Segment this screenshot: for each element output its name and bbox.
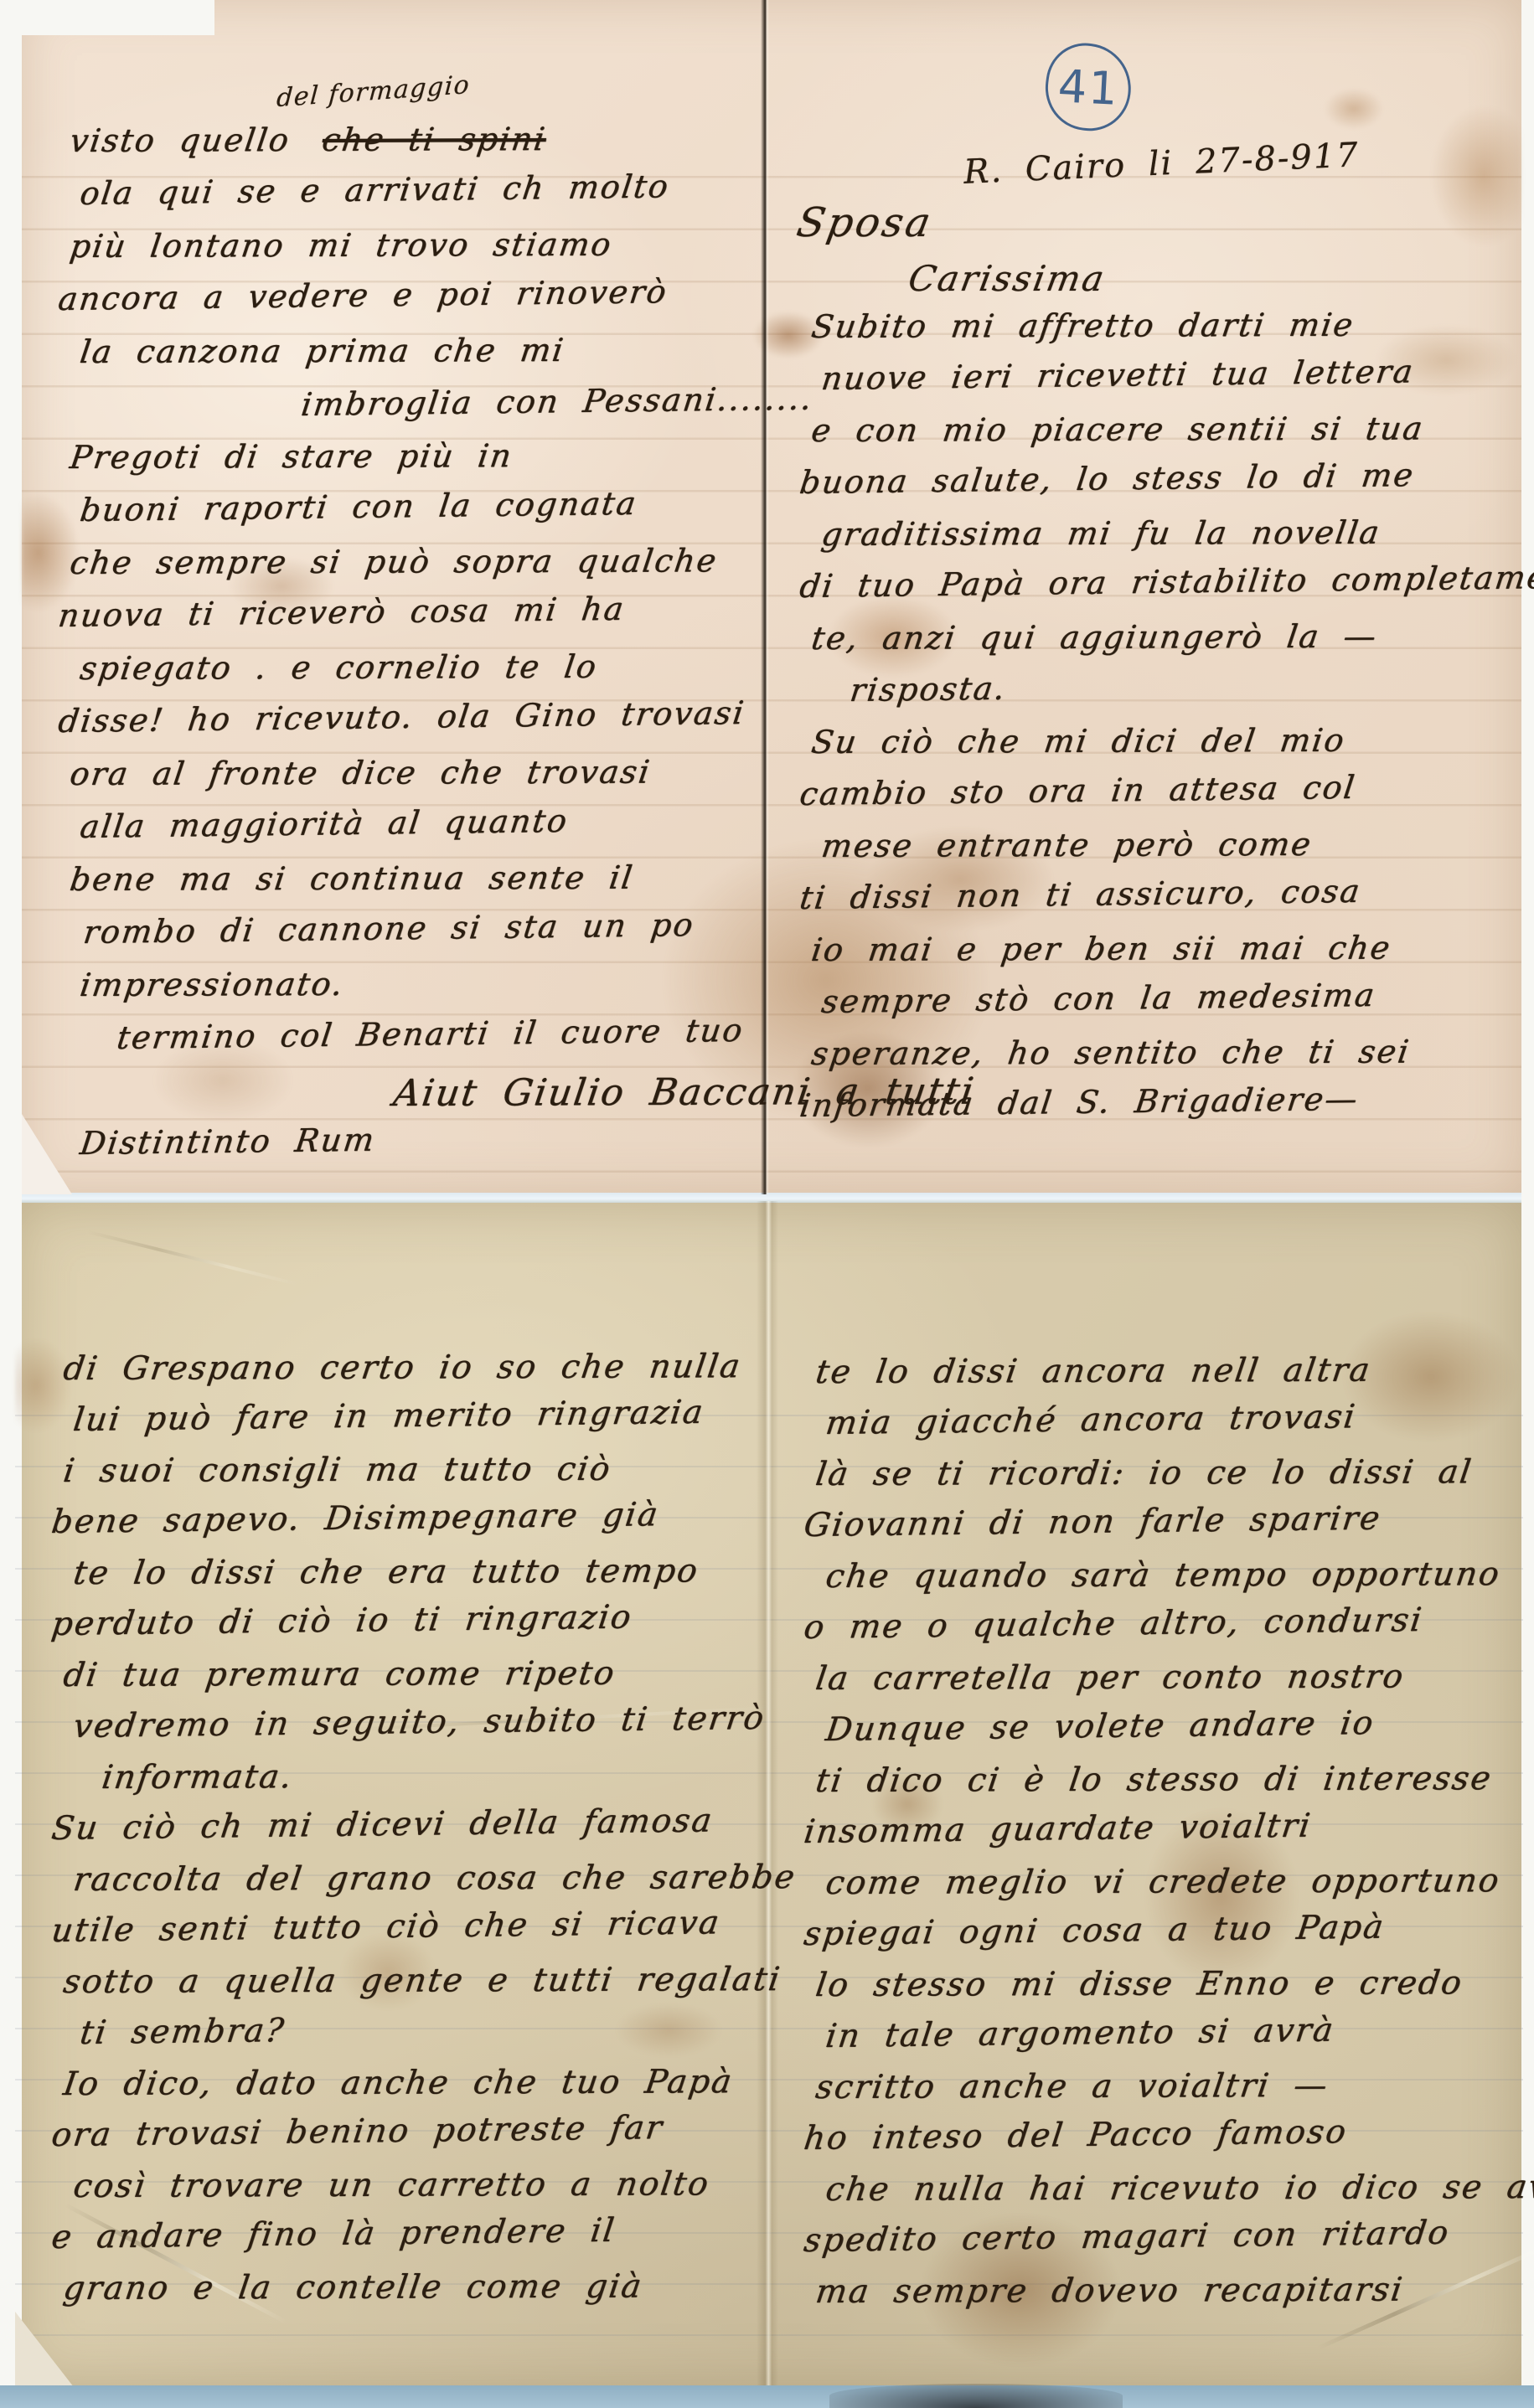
handwritten-line: o me o qualche altro, condursi [804,1601,1517,1660]
handwritten-line: Pregoti di stare più in [70,436,762,492]
handwritten-text: là se ti ricordi: io ce lo dissi al [813,1453,1475,1493]
struck-out-text: che ti spini [319,121,548,158]
handwritten-line: lo stesso mi disse Enno e credo [816,1964,1516,2018]
page-number-text: 41 [1056,59,1120,116]
handwritten-text: lui può fare in merito ringrazia [71,1394,706,1439]
handwritten-line: di tua premura come ripeto [64,1654,764,1708]
handwritten-text: ora trovasi benino potreste far [49,2109,666,2154]
handwritten-text: informata dal S. Brigadiere— [798,1080,1361,1124]
handwritten-line: spiegato . e cornelio te lo [80,647,762,703]
handwritten-line: ti dissi non ti assicuro, cosa [800,871,1505,931]
top-left-page-text: visto quello che ti spini ola qui se e a… [59,122,762,1178]
handwritten-line: sotto a quella gente e tutti regalati [64,1961,764,2014]
handwritten-text: ti dissi non ti assicuro, cosa [798,873,1363,916]
handwritten-line: risposta. [850,663,1505,724]
handwritten-line: nuova ti riceverò cosa mi ha [59,589,763,650]
handwritten-text: spiegai ogni cosa a tuo Papà [802,1908,1387,1953]
handwritten-line: ho inteso del Pacco famoso [804,2112,1517,2171]
scanner-shadow-blob [829,2384,1123,2408]
handwritten-text: di Grespano certo io so che nulla [61,1348,744,1388]
handwritten-line: termino col Benarti il cuore tuo [117,1012,763,1072]
handwritten-text: ho inteso del Pacco famoso [802,2113,1350,2158]
handwritten-line: te lo dissi ancora nell altra [816,1351,1516,1405]
handwritten-line: imbroglia con Pessani........ [302,380,763,439]
handwritten-text: ancora a vedere e poi rinoverò [56,273,670,317]
handwritten-text: speranze, ho sentito che ti sei [809,1033,1413,1072]
handwritten-line: perduto di ciò io ti ringrazio [52,1597,765,1657]
handwritten-line: utile senti tutto ciò che si ricava [52,1904,765,1963]
handwritten-text: utile senti tutto ciò che si ricava [49,1904,723,1950]
handwritten-text: Giovanni di non farle sparire [802,1500,1383,1544]
handwritten-text: Subito mi affretto darti mie [809,307,1356,345]
handwritten-line: spiegai ogni cosa a tuo Papà [804,1907,1517,1967]
handwritten-line: ancora a vedere e poi rinoverò [59,272,763,333]
handwritten-line: Giovanni di non farle sparire [804,1498,1517,1558]
salutation-carissima: Carissima [906,258,1109,299]
handwritten-line: spedito certo magari con ritardo [804,2214,1517,2273]
handwritten-text: spedito certo magari con ritardo [802,2215,1452,2260]
handwritten-text: disse! ho ricevuto. ola Gino trovasi [56,694,747,740]
handwritten-line: mia giacché ancora trovasi [826,1396,1517,1456]
handwritten-text: la canzona prima che mi [78,332,567,370]
folded-corner-top-left [22,0,214,35]
handwritten-text: alla maggiorità al quanto [78,802,571,845]
handwritten-text: te lo dissi ancora nell altra [813,1352,1374,1391]
handwritten-text: grano e la contelle come già [61,2268,645,2307]
handwritten-text: i suoi consigli ma tutto ciò [61,1451,614,1490]
handwritten-line: ora al fronte dice che trovasi [70,753,762,808]
handwritten-line: Distintinto Rum [80,1116,763,1178]
handwritten-text: imbroglia con Pessani........ [299,380,815,424]
handwritten-text: ola qui se e arrivati ch molto [78,168,672,212]
handwritten-text: Distintinto Rum [78,1121,378,1162]
handwritten-line: lui può fare in merito ringrazia [74,1393,765,1452]
handwritten-text: Su ciò ch mi dicevi della famosa [49,1802,715,1848]
scanner-edge-right [1521,0,1534,2385]
handwritten-text: Pregoti di stare più in [68,437,515,476]
handwritten-text: mia giacché ancora trovasi [824,1398,1359,1442]
handwritten-line: buoni raporti con la cognata [80,483,763,544]
handwritten-text: ora al fronte dice che trovasi [68,754,653,792]
handwritten-line: buona salute, lo stess lo di me [800,456,1505,516]
handwritten-line: Dunque se volete andare io [826,1703,1517,1762]
folded-corner-bottom-sheet [15,2312,74,2387]
handwritten-text: nuova ti riceverò cosa mi ha [56,590,628,634]
handwritten-text: ma sempre dovevo recapitarsi [813,2271,1406,2311]
handwritten-text: bene ma si continua sente il [68,859,636,898]
handwritten-line: cambio sto ora in attesa col [800,767,1505,828]
handwritten-text: buoni raporti con la cognata [78,485,639,529]
top-right-page-text: Subito mi affretto darti mie nuove ieri … [800,308,1504,1139]
handwritten-text: sempre stò con la medesima [819,977,1378,1020]
handwritten-line: la canzona prima che mi [80,331,762,386]
scanner-edge-left [0,0,22,2385]
handwritten-line: visto quello che ti spini [70,120,762,175]
handwritten-text: più lontano mi trovo stiamo [68,226,615,265]
handwritten-text: cambio sto ora in attesa col [798,769,1358,812]
handwritten-line: che sempre si può sopra qualche [70,542,762,597]
handwritten-text: raccolta del grano cosa che sarebbe [71,1859,798,1899]
handwritten-line: di Grespano certo io so che nulla [64,1348,764,1401]
handwritten-text: che sempre si può sopra qualche [68,542,721,581]
handwritten-text: informata. [100,1758,296,1797]
handwritten-text: insomma guardate voialtri [802,1807,1314,1851]
handwritten-text: graditissima mi fu la novella [819,514,1383,553]
handwritten-text: o me o qualche altro, condursi [802,1601,1425,1647]
handwritten-text: buona salute, lo stess lo di me [798,456,1417,501]
handwritten-text: in tale argomento si avrà [824,2012,1337,2055]
handwritten-text: che nulla hai ricevuto io dico se avevo [824,2168,1534,2209]
handwritten-line: rombo di cannone si sta un po [84,905,763,967]
handwritten-text: e con mio piacere sentii si tua [809,410,1427,449]
handwritten-line: bene ma si continua sente il [70,859,762,914]
handwritten-line: più lontano mi trovo stiamo [70,225,762,281]
handwritten-text: rombo di cannone si sta un po [81,906,697,951]
handwritten-text: che quando sarà tempo opportuno [824,1555,1503,1596]
handwritten-text: Dunque se volete andare io [824,1704,1376,1749]
handwritten-text: la carretella per conto nostro [813,1658,1407,1698]
handwritten-text: te, anzi qui aggiungerò la — [809,618,1380,657]
handwritten-text: spiegato . e cornelio te lo [78,648,600,687]
handwritten-line: ola qui se e arrivati ch molto [80,167,763,228]
handwritten-text: visto quello [68,121,292,159]
handwritten-line: ma sempre dovevo recapitarsi [816,2271,1516,2324]
handwritten-text: ti sembra? [78,2012,287,2052]
handwritten-text: impressionato. [78,966,347,1003]
handwritten-line: Su ciò ch mi dicevi della famosa [52,1802,765,1861]
handwritten-line: di tuo Papà ora ristabilito completamen [800,559,1505,620]
handwritten-text: perduto di ciò io ti ringrazio [49,1598,635,1643]
bottom-right-column-text: te lo dissi ancora nell altra mia giacch… [804,1354,1516,2324]
handwritten-text: io mai e per ben sii mai che [809,930,1394,968]
handwritten-text: scritto anche a voialtri — [813,2067,1331,2106]
handwritten-text: lo stesso mi disse Enno e credo [813,1964,1465,2004]
handwritten-text: nuove ieri ricevetti tua lettera [819,353,1417,397]
handwritten-line: insomma guardate voialtri [804,1805,1517,1864]
handwritten-text: sotto a quella gente e tutti regalati [61,1961,783,2001]
handwritten-line: te, anzi qui aggiungerò la — [812,617,1504,672]
handwritten-line: disse! ho ricevuto. ola Gino trovasi [59,694,763,755]
handwritten-line: impressionato. [80,964,762,1019]
bottom-left-column-text: di Grespano certo io so che nulla lui pu… [52,1350,764,2321]
handwritten-line: nuove ieri ricevetti tua lettera [822,352,1505,412]
handwritten-text: ti dico ci è lo stesso di interesse [813,1760,1495,1800]
handwritten-text: mese entrante però come [819,826,1314,864]
handwritten-line: la carretella per conto nostro [816,1658,1516,1711]
handwritten-line: sempre stò con la medesima [822,975,1505,1035]
handwritten-text: Io dico, dato anche che tuo Papà [61,2063,736,2103]
handwritten-text: risposta. [848,670,1009,709]
handwritten-text: come meglio vi credete opportuno [824,1862,1503,1902]
handwritten-text: bene sapevo. Disimpegnare già [49,1496,662,1541]
handwritten-text: così trovare un carretto a nolto [71,2165,712,2205]
handwritten-text: Su ciò che mi dici del mio [809,722,1348,761]
handwritten-line: ora trovasi benino potreste far [52,2108,765,2168]
handwritten-line: Subito mi affretto darti mie [812,306,1504,360]
handwritten-line: io mai e per ben sii mai che [812,929,1504,983]
handwritten-line: informata dal S. Brigadiere— [800,1079,1505,1139]
handwritten-text: di tua premura come ripeto [61,1655,618,1694]
handwritten-text: vedremo in seguito, subito ti terrò [71,1699,767,1745]
handwritten-line: ti sembra? [80,2006,765,2065]
handwritten-line: grano e la contelle come già [64,2267,764,2321]
handwritten-text: e andare fino là prendere il [49,2212,617,2256]
handwritten-line: bene sapevo. Disimpegnare già [52,1495,765,1555]
scanner-background [0,2385,1534,2408]
handwritten-line: vedremo in seguito, subito ti terrò [74,1699,765,1759]
handwritten-text: termino col Benarti il cuore tuo [115,1012,746,1056]
handwritten-line: alla maggiorità al quanto [80,800,763,861]
letter-scan-canvas: 41 del formaggio visto quello che ti spi… [0,0,1534,2408]
handwritten-line: e andare fino là prendere il [52,2210,765,2270]
handwritten-line: in tale argomento si avrà [826,2009,1517,2069]
handwritten-text: te lo dissi che era tutto tempo [71,1552,701,1592]
salutation-sposa: Sposa [793,199,937,246]
